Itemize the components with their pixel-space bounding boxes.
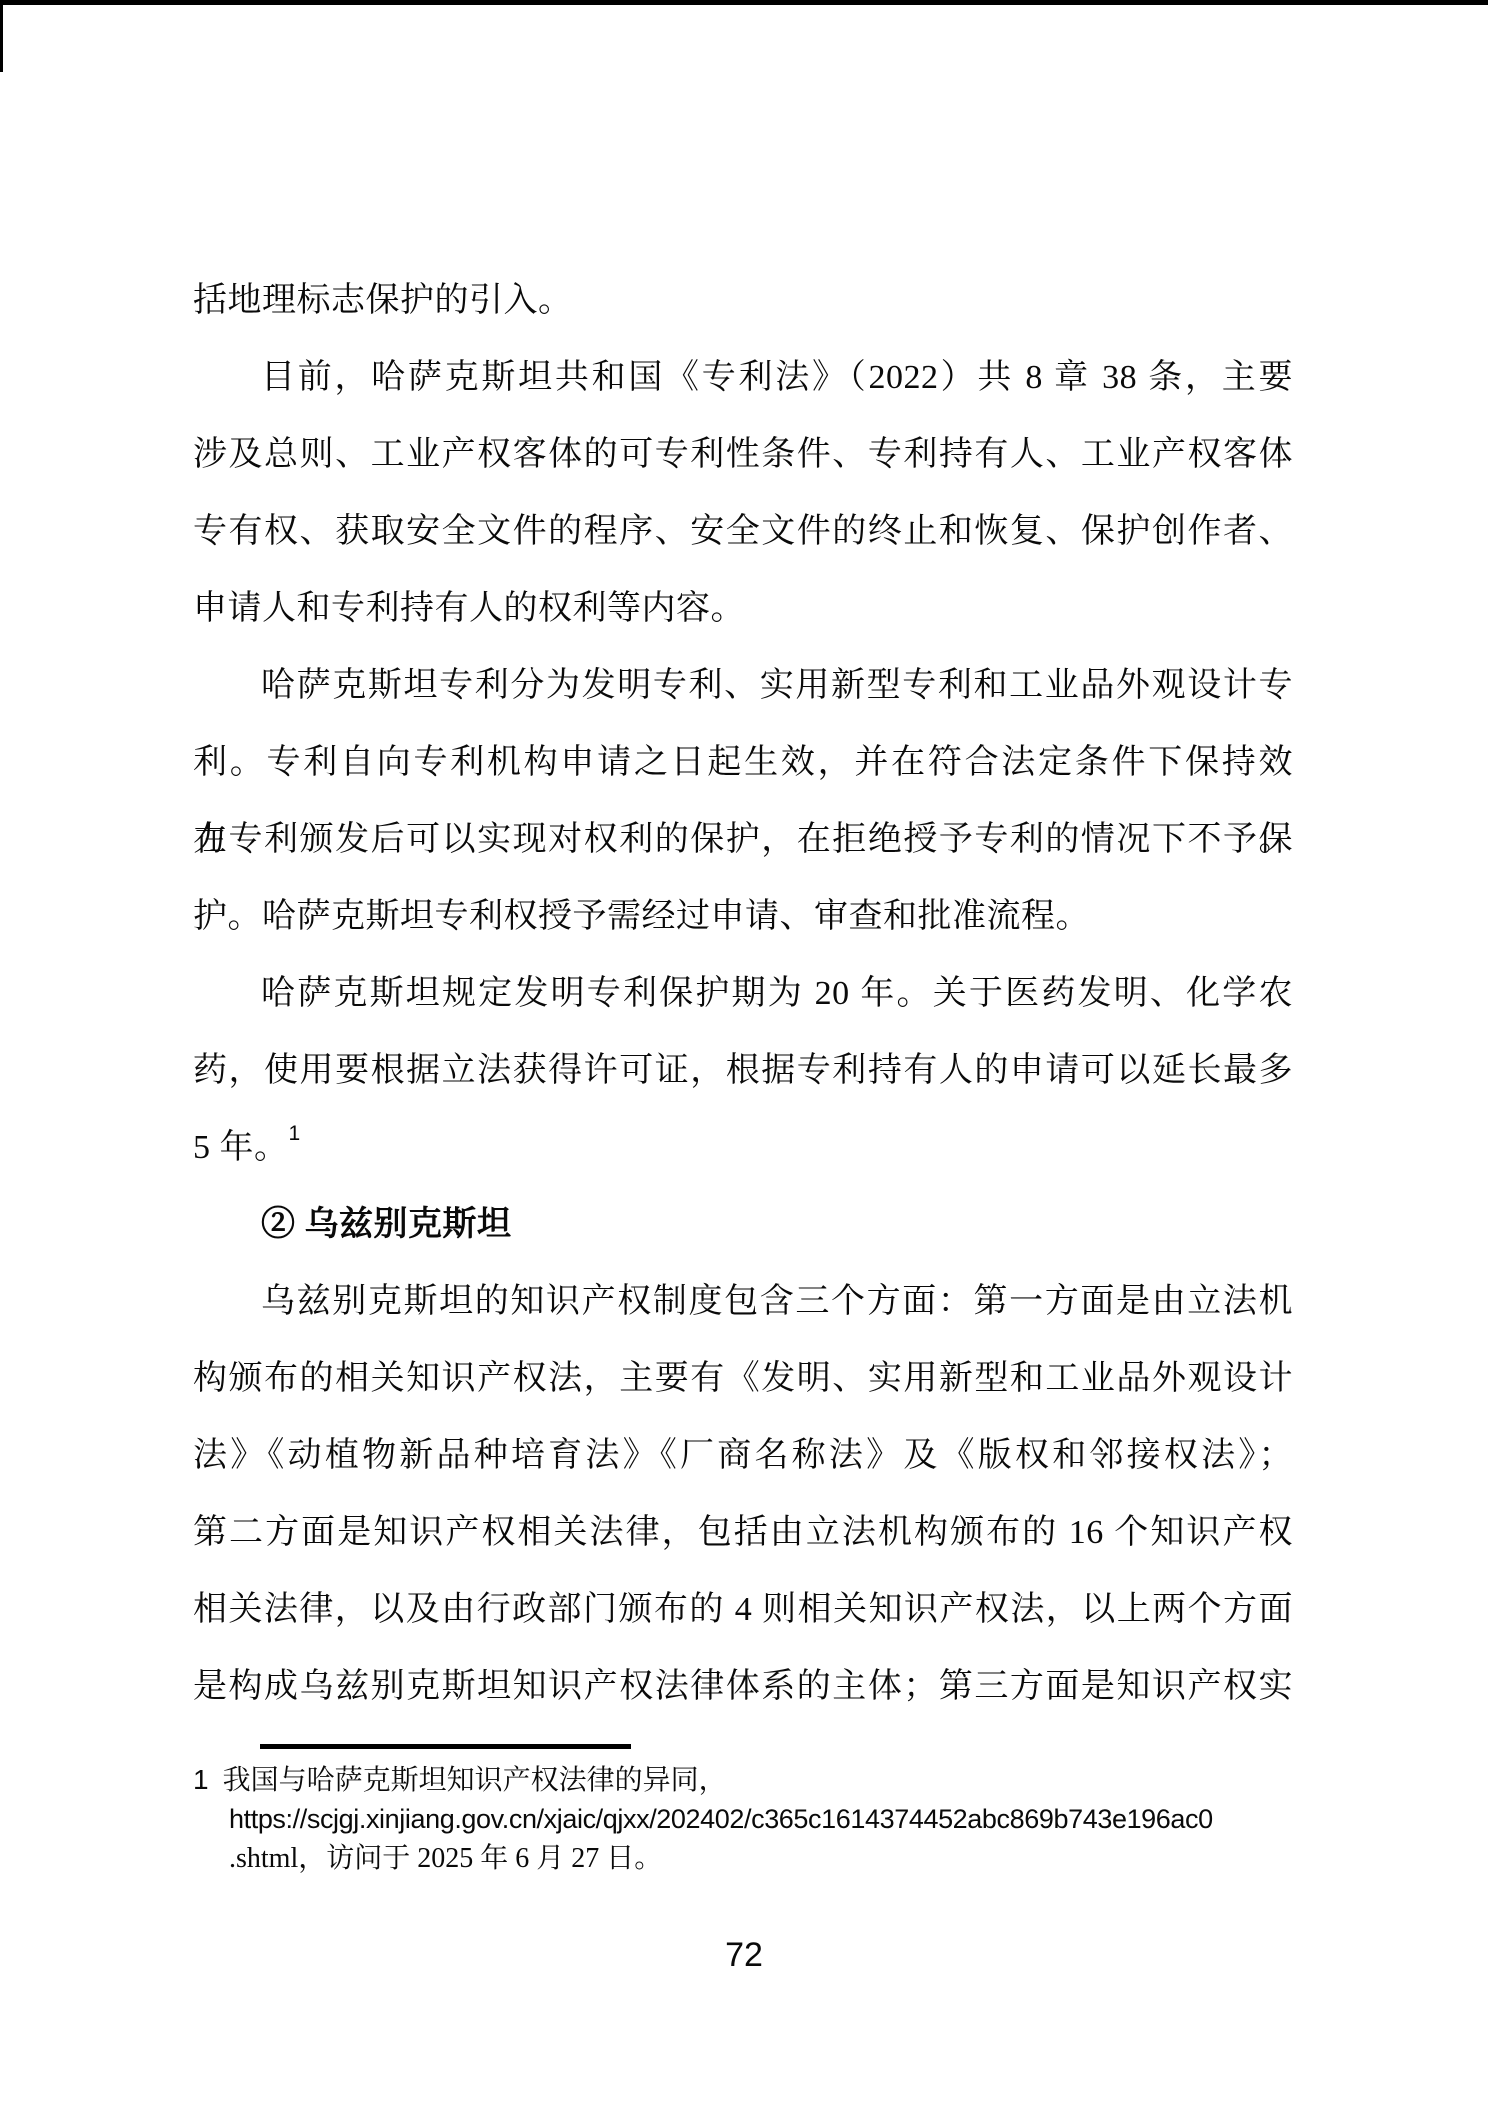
footnote-separator (260, 1744, 631, 1749)
footnote-source-text: 我国与哈萨克斯坦知识产权法律的异同， (223, 1765, 727, 1796)
footnote-marker: 1 (193, 1764, 209, 1795)
body-line: 括地理标志保护的引入。 (193, 262, 1293, 339)
body-line: 相关法律，以及由行政部门颁布的 4 则相关知识产权法，以上两个方面 (193, 1571, 1293, 1648)
body-line: 5 年。1 (193, 1109, 1293, 1186)
body-line: 哈萨克斯坦规定发明专利保护期为 20 年。关于医药发明、化学农 (193, 955, 1293, 1032)
body-line: 药，使用要根据立法获得许可证，根据专利持有人的申请可以延长最多 (193, 1032, 1293, 1109)
body-line: 利。专利自向专利机构申请之日起生效，并在符合法定条件下保持效力。 (193, 724, 1293, 801)
footnote: 1我国与哈萨克斯坦知识产权法律的异同， https://scjgj.xinjia… (193, 1760, 1323, 1878)
body-line: 专有权、获取安全文件的程序、安全文件的终止和恢复、保护创作者、 (193, 493, 1293, 570)
footnote-url: https://scjgj.xinjiang.gov.cn/xjaic/qjxx… (193, 1800, 1323, 1839)
body-line: 申请人和专利持有人的权利等内容。 (193, 570, 1293, 647)
body-line: 在专利颁发后可以实现对权利的保护，在拒绝授予专利的情况下不予保 (193, 801, 1293, 878)
body-line: 乌兹别克斯坦的知识产权制度包含三个方面：第一方面是由立法机 (193, 1263, 1293, 1340)
footnote-line-source: 1我国与哈萨克斯坦知识产权法律的异同， (193, 1760, 1323, 1800)
scan-edge-top (0, 0, 1488, 5)
footnote-reference: 1 (289, 1122, 301, 1145)
body-line: 第二方面是知识产权相关法律，包括由立法机构颁布的 16 个知识产权 (193, 1494, 1293, 1571)
body-line: 目前，哈萨克斯坦共和国《专利法》（2022）共 8 章 38 条，主要 (193, 339, 1293, 416)
body-line: 护。哈萨克斯坦专利权授予需经过申请、审查和批准流程。 (193, 878, 1293, 955)
body-line: 是构成乌兹别克斯坦知识产权法律体系的主体；第三方面是知识产权实 (193, 1648, 1293, 1725)
document-page: 括地理标志保护的引入。目前，哈萨克斯坦共和国《专利法》（2022）共 8 章 3… (0, 0, 1488, 2104)
footnote-access-date: .shtml，访问于 2025 年 6 月 27 日。 (193, 1839, 1323, 1878)
body-line: 涉及总则、工业产权客体的可专利性条件、专利持有人、工业产权客体 (193, 416, 1293, 493)
body-line: 构颁布的相关知识产权法，主要有《发明、实用新型和工业品外观设计 (193, 1340, 1293, 1417)
body-text: 括地理标志保护的引入。目前，哈萨克斯坦共和国《专利法》（2022）共 8 章 3… (193, 262, 1293, 1725)
scan-edge-left (0, 0, 3, 72)
body-line: 哈萨克斯坦专利分为发明专利、实用新型专利和工业品外观设计专 (193, 647, 1293, 724)
page-number: 72 (0, 1936, 1488, 1975)
section-heading: ② 乌兹别克斯坦 (193, 1186, 1293, 1263)
body-line: 法》《动植物新品种培育法》《厂商名称法》及《版权和邻接权法》； (193, 1417, 1293, 1494)
